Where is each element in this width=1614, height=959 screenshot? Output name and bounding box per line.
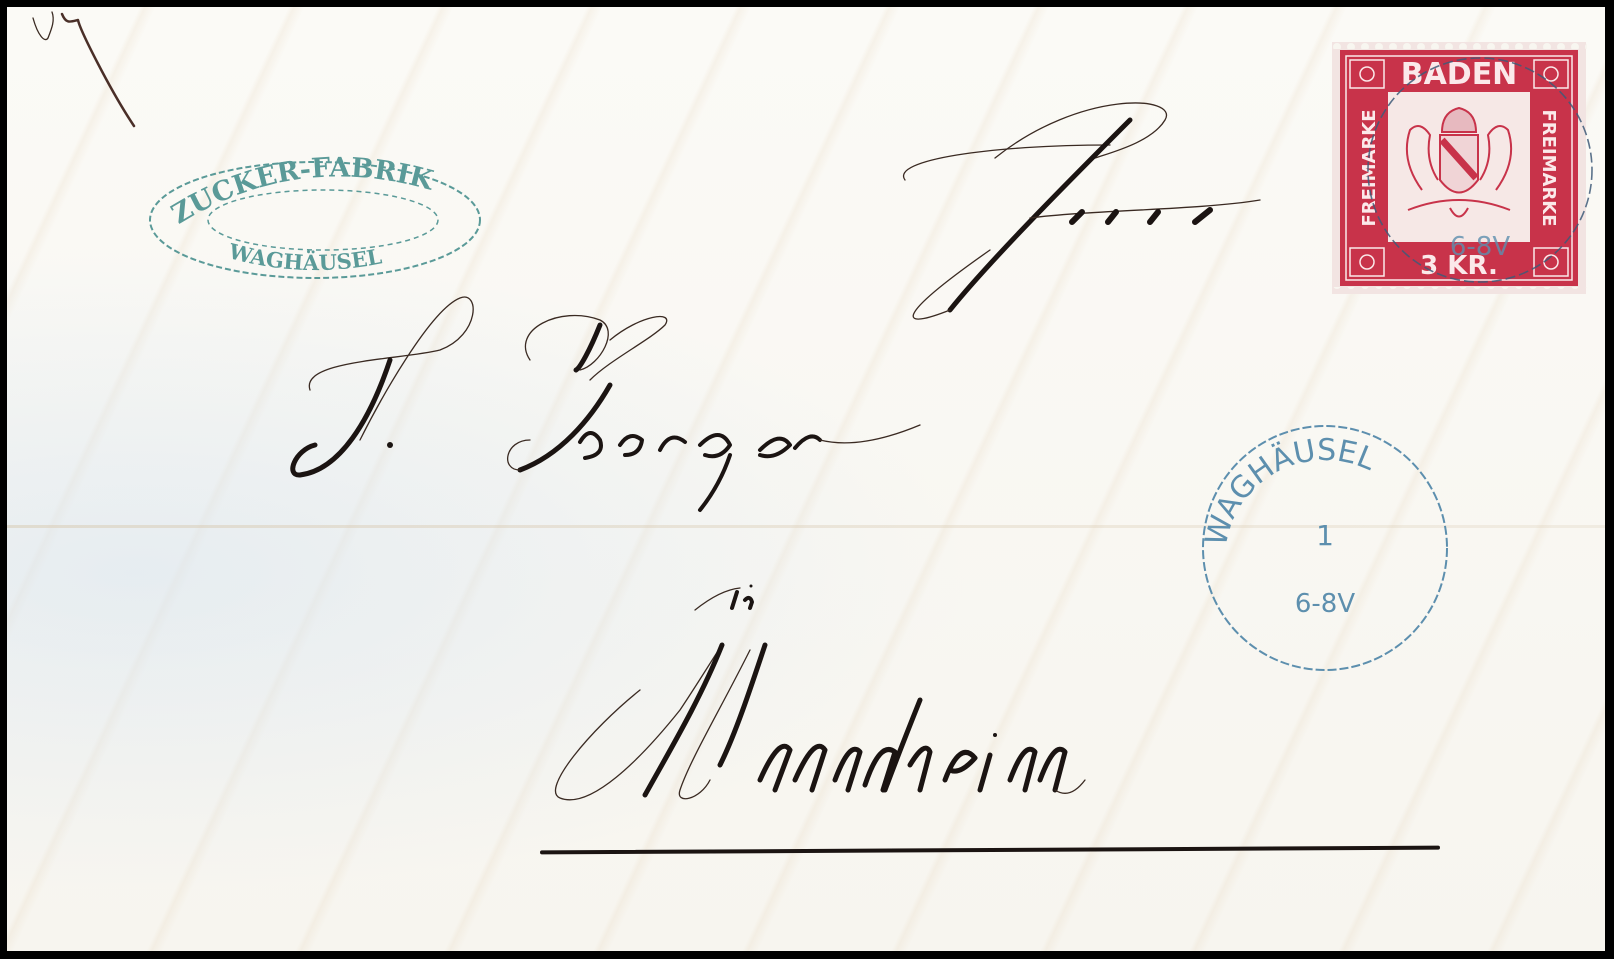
addressee-name-script xyxy=(280,280,1000,520)
stamp-top-label: BADEN xyxy=(1401,57,1518,92)
postmark-time: 6-8V xyxy=(1295,589,1355,619)
stamp-cancel-time: 6-8V xyxy=(1450,232,1510,262)
preposition-script xyxy=(690,580,790,630)
postage-stamp: BADEN 3 KR. FREIMARKE FREIMARKE 6-8V xyxy=(1330,40,1588,296)
cachet-line1: ZUCKER-FABRIK xyxy=(166,152,438,230)
stamp-right-label: FREIMARKE xyxy=(1538,109,1559,226)
manuscript-mark xyxy=(0,0,200,140)
sender-cachet: ZUCKER-FABRIK WAGHÄUSEL xyxy=(145,150,505,290)
postmark: WAGHÄUSEL 1 6-8V xyxy=(1195,420,1455,680)
cachet-line2: WAGHÄUSEL xyxy=(225,238,384,275)
postmark-town: WAGHÄUSEL xyxy=(1199,433,1381,550)
postmark-day: 1 xyxy=(1316,519,1334,552)
